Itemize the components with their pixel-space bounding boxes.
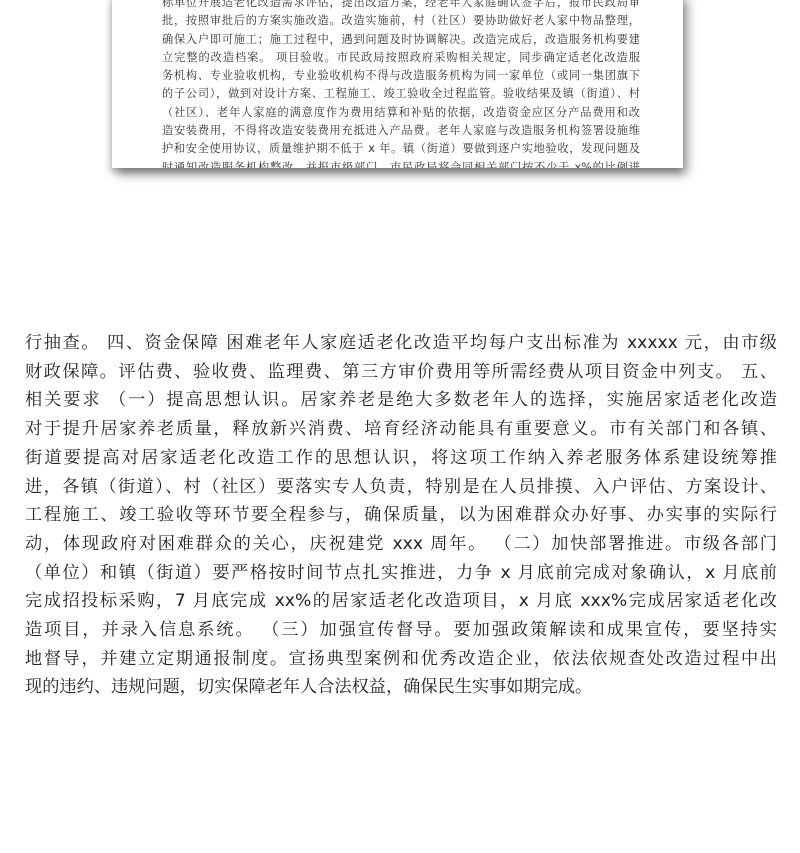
preview-line: 时通知改造服务机构整改，并报市级部门。市民政局将会同相关部门按不少于 x%的比例… [162,159,640,168]
body-line: （单位）和镇（街道）要严格按时间节点扎实推进，力争 x 月底前完成对象确认，x … [25,559,777,588]
preview-line: 造安装费用，不得将改造安装费用充抵进入产品费。老年人家庭与改造服务机构签署设施维 [162,122,640,140]
preview-line: （社区）、老年人家庭的满意度作为费用结算和补贴的依据，改造资金应区分产品费用和改 [162,104,640,122]
body-line: 进，各镇（街道）、村（社区）要落实专人负责，特别是在人员排摸、入户评估、方案设计… [25,473,777,502]
page-preview-text: 标单位开展适老化改造需求评估，提出改造方案，经老年人家庭确认签字后，报市民政局审… [162,0,640,168]
preview-line: 标单位开展适老化改造需求评估，提出改造方案，经老年人家庭确认签字后，报市民政局审 [162,0,640,12]
preview-line: 立完整的改造档案。 项目验收。市民政局按照政府采购相关规定，同步确定适老化改造服 [162,49,640,67]
preview-line: 的子公司），做到对设计方案、工程施工、竣工验收全过程监管。验收结果及镇（街道）、… [162,85,640,103]
preview-line: 确保入户即可施工；施工过程中，遇到问题及时协调解决。改造完成后，改造服务机构要建 [162,31,640,49]
body-line: 现的违约、违规问题，切实保障老年人合法权益，确保民生实事如期完成。 [25,673,777,702]
body-line: 完成招投标采购，7 月底完成 xx%的居家适老化改造项目，x 月底 xxx%完成… [25,587,777,616]
body-line: 工程施工、竣工验收等环节要全程参与，确保质量，以为困难群众办好事、办实事的实际行 [25,501,777,530]
body-line: 地督导，并建立定期通报制度。宣扬典型案例和优秀改造企业，依法依规查处改造过程中出 [25,645,777,674]
preview-line: 护和安全使用协议，质量维护期不低于 x 年。镇（街道）要做到逐户实地验收，发现问… [162,140,640,158]
body-line: 造项目，并录入信息系统。 （三）加强宣传督导。要加强政策解读和成果宣传，要坚持实 [25,616,777,645]
document-page-thumbnail: 标单位开展适老化改造需求评估，提出改造方案，经老年人家庭确认签字后，报市民政局审… [112,0,683,168]
preview-line: 批，按照审批后的方案实施改造。改造实施前，村（社区）要协助做好老人家中物品整理， [162,12,640,30]
body-line: 行抽查。 四、资金保障 困难老年人家庭适老化改造平均每户支出标准为 xxxxx … [25,329,777,358]
body-line: 相关要求 （一）提高思想认识。居家养老是绝大多数老年人的选择，实施居家适老化改造 [25,386,777,415]
body-line: 财政保障。评估费、验收费、监理费、第三方审价费用等所需经费从项目资金中列支。 五… [25,358,777,387]
page-preview-area: 标单位开展适老化改造需求评估，提出改造方案，经老年人家庭确认签字后，报市民政局审… [0,0,800,300]
preview-line: 务机构、专业验收机构，专业验收机构不得与改造服务机构为同一家单位（或同一集团旗下 [162,67,640,85]
body-line: 街道要提高对居家适老化改造工作的思想认识，将这项工作纳入养老服务体系建设统筹推 [25,444,777,473]
document-body-text: 行抽查。 四、资金保障 困难老年人家庭适老化改造平均每户支出标准为 xxxxx … [25,329,777,702]
body-line: 动，体现政府对困难群众的关心，庆祝建党 xxx 周年。 （二）加快部署推进。市级… [25,530,777,559]
body-line: 对于提升居家养老质量，释放新兴消费、培育经济动能具有重要意义。市有关部门和各镇、 [25,415,777,444]
